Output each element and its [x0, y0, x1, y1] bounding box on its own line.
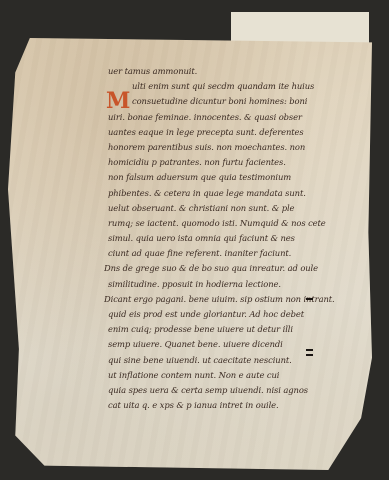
text-line: uer tamus ammonuit. — [108, 64, 343, 79]
text-line: rumq; se iactent. quomodo isti. Numquid … — [108, 216, 343, 231]
text-line: enim cuiq; prodesse bene uiuere ut detur… — [108, 322, 343, 337]
text-line: ut inflatione contem nunt. Non e aute cu… — [108, 368, 343, 383]
text-line: honorem parentibus suis. non moechantes.… — [108, 140, 343, 155]
text-line: uiri. bonae feminae. innocentes. & quasi… — [108, 110, 343, 125]
text-line: Dns de grege suo & de bo suo qua inreatu… — [104, 261, 343, 276]
text-line: uantes eaque in lege precepta sunt. defe… — [108, 125, 343, 140]
text-line: homicidiu p patrantes. non furtu facient… — [108, 155, 343, 170]
manuscript-text: uer tamus ammonuit. ulti enim sunt qui s… — [108, 64, 343, 413]
text-line: phibentes. & cetera in quae lege mandata… — [108, 186, 343, 201]
text-line: cat uita q. e xps & p ianua intret in ou… — [108, 398, 343, 413]
text-line: uelut obseruant. & christiani non sunt. … — [108, 201, 343, 216]
margin-mark — [306, 298, 313, 300]
text-line: non falsum aduersum que quia testimonium — [108, 170, 343, 185]
rubricated-initial: M — [106, 88, 130, 114]
margin-mark — [306, 354, 313, 356]
text-line: similitudine. pposuit in hodierna lectio… — [108, 277, 343, 292]
text-line: ulti enim sunt qui secdm quandam ite hui… — [108, 79, 343, 94]
text-line: simul. quia uero ista omnia qui faciunt … — [108, 231, 343, 246]
text-line: quid eis prod est unde gloriantur. Ad ho… — [108, 307, 343, 322]
margin-mark — [306, 349, 313, 351]
text-line: quia spes uera & certa semp uiuendi. nis… — [108, 383, 343, 398]
text-line: ciunt ad quae fine referent. inaniter fa… — [108, 246, 343, 261]
text-line: consuetudine dicuntur boni homines: boni — [108, 94, 343, 109]
